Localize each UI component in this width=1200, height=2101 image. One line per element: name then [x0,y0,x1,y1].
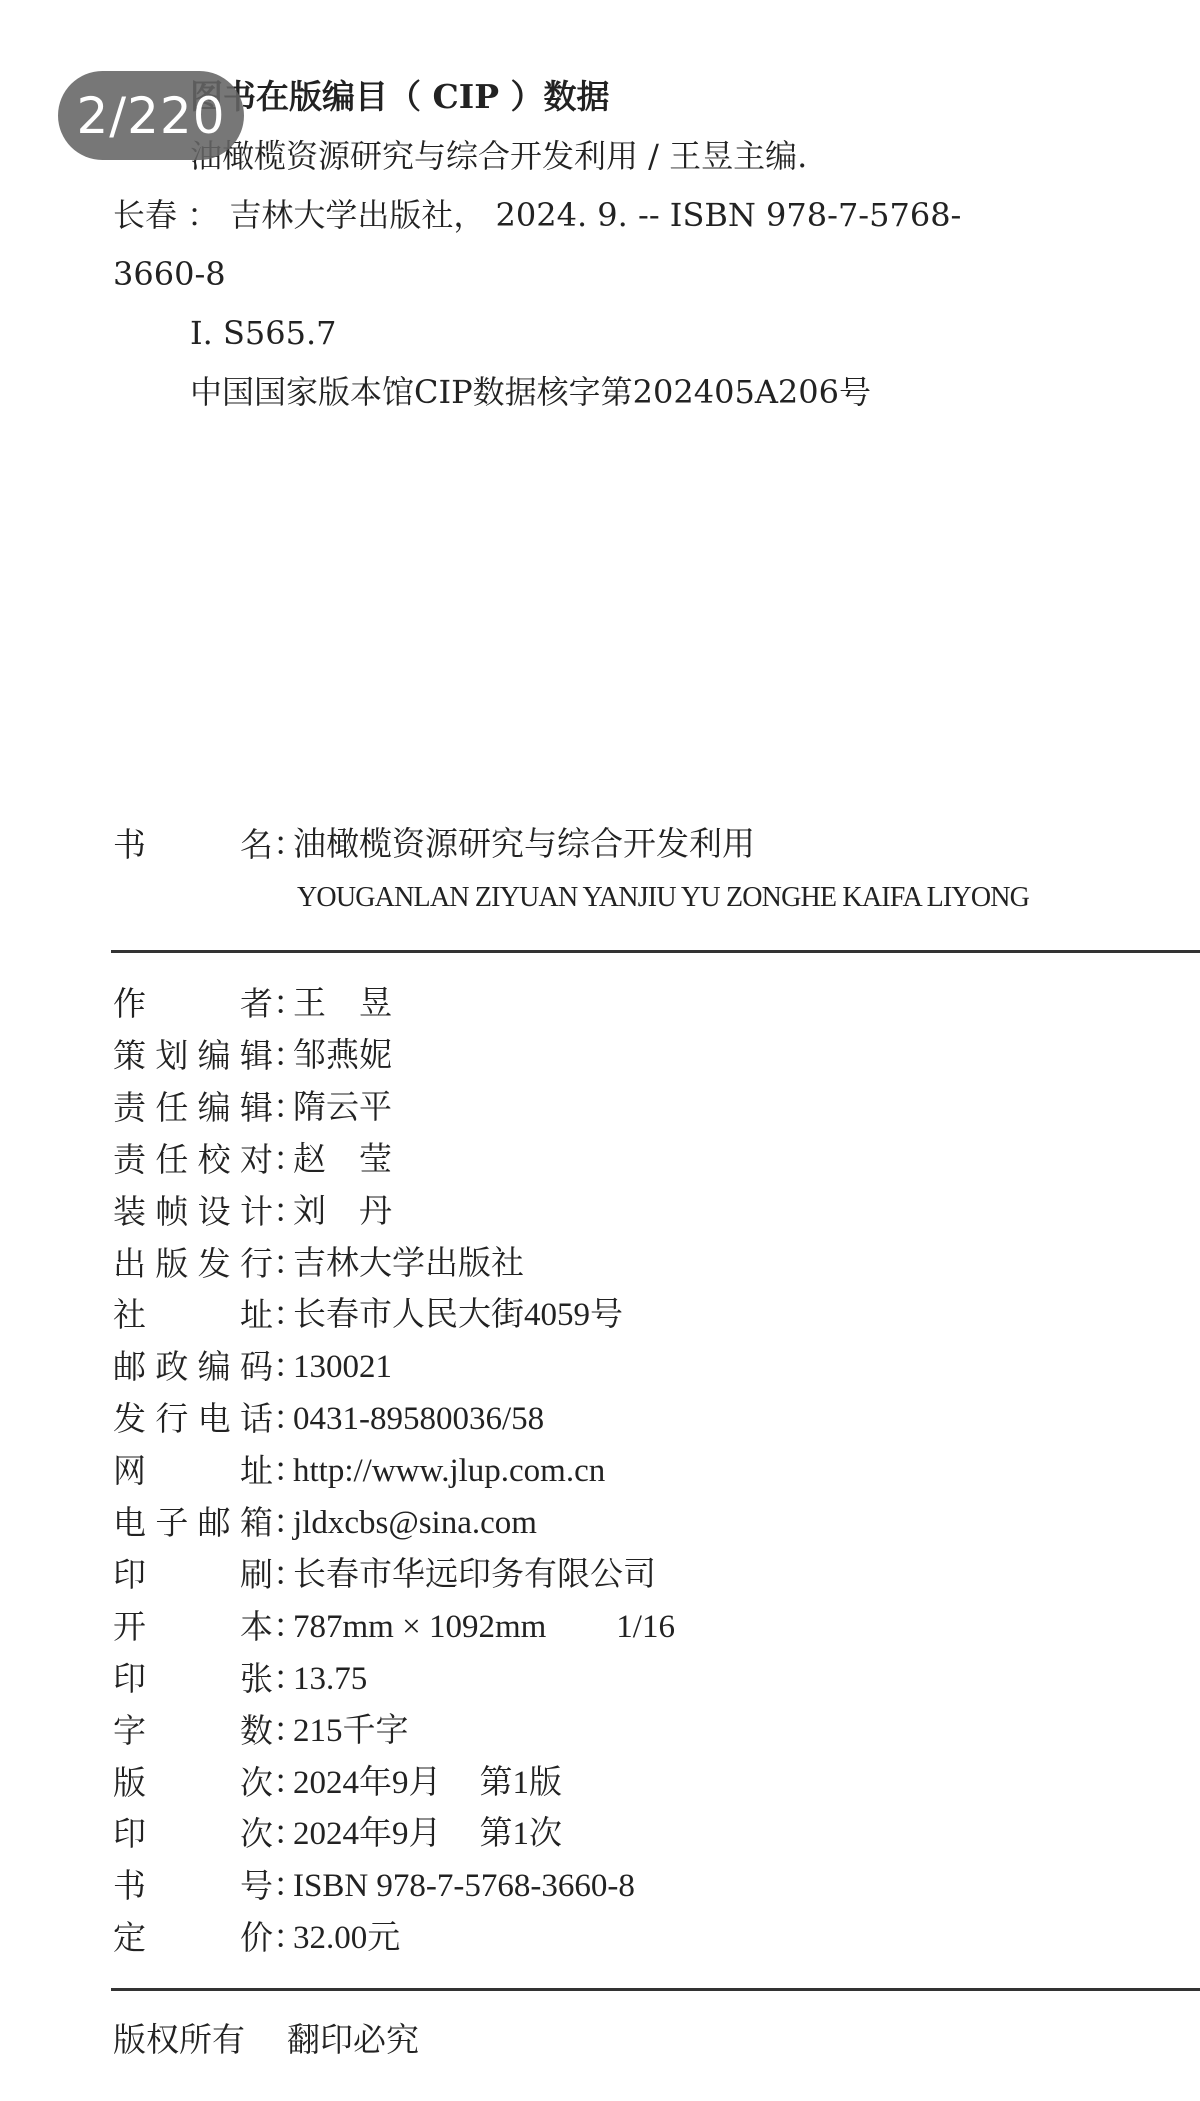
colon: ： [273,1088,293,1128]
cip-line: Ⅰ. S565.7 [190,312,337,354]
credit-row: 作者：王 昱 [113,984,392,1024]
credit-value: 邹燕妮 [293,1036,392,1076]
credit-row: 定价：32.00元 [113,1918,400,1958]
credit-row: 邮政编码：130021 [113,1347,392,1387]
cip-line: 油橄榄资源研究与综合开发利用 / 王昱主编. [190,135,807,177]
credit-label: 版次 [113,1763,273,1803]
book-title-label: 书名 [113,825,273,865]
credit-row: 发行电话：0431-89580036/58 [113,1399,544,1439]
credit-value: ISBN 978-7-5768-3660-8 [293,1866,635,1906]
copyright-right: 翻印必究 [287,2020,419,2059]
credit-label: 印张 [113,1659,273,1699]
colon: ： [273,1295,293,1335]
credit-label: 开本 [113,1607,273,1647]
credit-label: 社址 [113,1295,273,1335]
credit-value: 赵 莹 [293,1140,392,1180]
book-title-value: 油橄榄资源研究与综合开发利用 [293,825,755,865]
credit-value: jldxcbs@sina.com [293,1503,537,1543]
credit-row: 网址：http://www.jlup.com.cn [113,1451,605,1491]
cip-line: 3660-8 [113,253,226,295]
colon: ： [273,1451,293,1491]
credit-row: 电子邮箱：jldxcbs@sina.com [113,1503,537,1543]
credit-row: 装帧设计：刘 丹 [113,1192,392,1232]
credit-row: 策划编辑：邹燕妮 [113,1036,392,1076]
credit-value: http://www.jlup.com.cn [293,1451,605,1491]
copyright-left: 版权所有 [113,2020,245,2059]
page-indicator-badge: 2/220 [58,71,244,160]
credit-value: 隋云平 [293,1088,392,1128]
divider-top [111,950,1200,953]
book-title-row: 书名 ： 油橄榄资源研究与综合开发利用 [113,825,755,865]
credit-extra: 第1版 [480,1763,563,1803]
colon: ： [273,1918,293,1958]
colon: ： [273,1711,293,1751]
cip-line: 中国国家版本馆CIP数据核字第202405A206号 [190,371,871,413]
colon: ： [273,1192,293,1232]
credit-label: 印刷 [113,1555,273,1595]
credit-value: 长春市华远印务有限公司 [293,1555,656,1595]
credit-label: 电子邮箱 [113,1503,273,1543]
credit-value: 吉林大学出版社 [293,1244,524,1284]
credit-value: 787mm × 1092mm [293,1607,546,1647]
colon: ： [273,1140,293,1180]
credit-row: 出版发行：吉林大学出版社 [113,1244,524,1284]
credit-value: 刘 丹 [293,1192,392,1232]
credit-extra: 第1次 [480,1814,563,1854]
credit-label: 定价 [113,1918,273,1958]
credit-value: 32.00元 [293,1918,400,1958]
colon: ： [273,1244,293,1284]
colon: ： [273,1763,293,1803]
colon: ： [273,825,293,865]
colon: ： [273,1399,293,1439]
credit-value: 2024年9月 [293,1763,442,1803]
credit-label: 邮政编码 [113,1347,273,1387]
credit-value: 215千字 [293,1711,409,1751]
credit-value: 130021 [293,1347,392,1387]
colon: ： [273,1866,293,1906]
colon: ： [273,1503,293,1543]
credit-label: 责任校对 [113,1140,273,1180]
credit-row: 社址：长春市人民大街4059号 [113,1295,623,1335]
colon: ： [273,1659,293,1699]
credit-value: 王 昱 [293,984,392,1024]
credit-value: 13.75 [293,1659,367,1699]
credit-row: 印次：2024年9月第1次 [113,1814,562,1854]
colon: ： [273,1347,293,1387]
credit-row: 版次：2024年9月第1版 [113,1763,562,1803]
credit-row: 印刷：长春市华远印务有限公司 [113,1555,656,1595]
credit-label: 出版发行 [113,1244,273,1284]
credit-value: 长春市人民大街4059号 [293,1295,623,1335]
copyright-notice: 版权所有翻印必究 [113,2020,419,2060]
colon: ： [273,1555,293,1595]
credit-label: 策划编辑 [113,1036,273,1076]
credit-label: 印次 [113,1814,273,1854]
credit-row: 字数：215千字 [113,1711,409,1751]
colon: ： [273,1036,293,1076]
book-title-pinyin: YOUGANLAN ZIYUAN YANJIU YU ZONGHE KAIFA … [297,882,1029,914]
credit-value: 0431-89580036/58 [293,1399,544,1439]
cip-line: 长春 ： 吉林大学出版社， 2024. 9. -- ISBN 978-7-576… [113,194,961,236]
cip-heading: 图书在版编目（ CIP ）数据 [190,76,610,118]
credit-value: 2024年9月 [293,1814,442,1854]
credit-row: 责任校对：赵 莹 [113,1140,392,1180]
credit-label: 装帧设计 [113,1192,273,1232]
credit-row: 责任编辑：隋云平 [113,1088,392,1128]
credit-row: 开本：787mm × 1092mm1/16 [113,1607,675,1647]
colon: ： [273,1607,293,1647]
credit-label: 作者 [113,984,273,1024]
credit-extra: 1/16 [616,1607,675,1647]
credit-label: 发行电话 [113,1399,273,1439]
divider-bottom [111,1988,1200,1991]
credit-label: 责任编辑 [113,1088,273,1128]
credit-row: 书号：ISBN 978-7-5768-3660-8 [113,1866,635,1906]
credit-label: 字数 [113,1711,273,1751]
credit-label: 网址 [113,1451,273,1491]
colon: ： [273,984,293,1024]
credit-row: 印张：13.75 [113,1659,367,1699]
credit-label: 书号 [113,1866,273,1906]
colon: ： [273,1814,293,1854]
